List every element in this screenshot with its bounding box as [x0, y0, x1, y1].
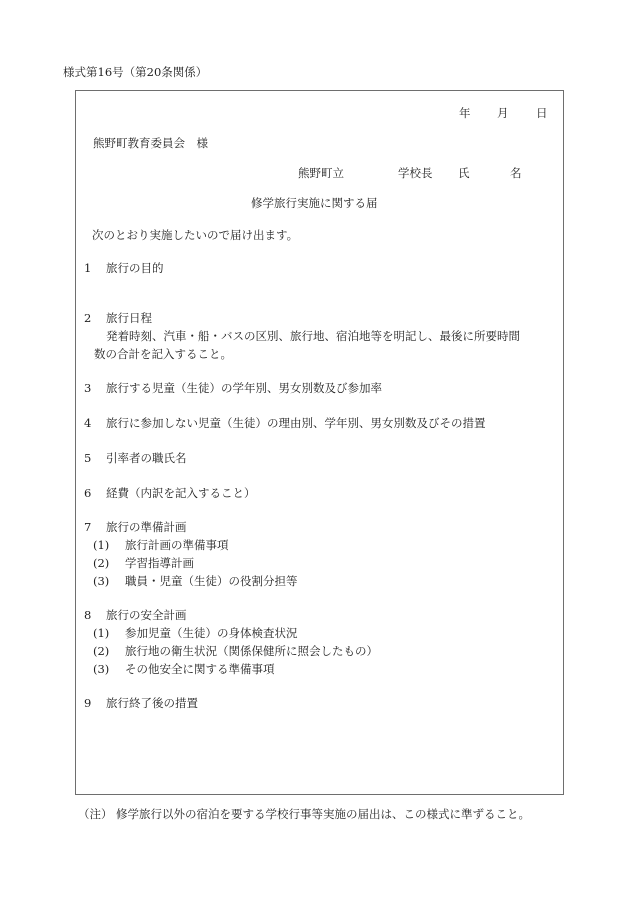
item-label: 引率者の職氏名	[106, 453, 187, 465]
item-label: 旅行終了後の措置	[106, 698, 198, 710]
item-number: 7	[84, 522, 91, 534]
sub-item-label: 職員・児童（生徒）の役割分担等	[125, 576, 298, 588]
date-month-label: 月	[497, 108, 509, 120]
item-label: 旅行に参加しない児童（生徒）の理由別、学年別、男女別数及びその措置	[106, 418, 486, 430]
addressee: 熊野町教育委員会 様	[93, 138, 208, 150]
document-title: 修学旅行実施に関する届	[251, 198, 378, 210]
item-number: 9	[84, 698, 91, 710]
item-label: 経費（内訳を記入すること）	[106, 488, 256, 500]
item-label: 旅行の準備計画	[106, 522, 187, 534]
item-number: 1	[84, 263, 91, 275]
sub-item-label: 参加児童（生徒）の身体検査状況	[125, 628, 298, 640]
item-label: 旅行日程	[106, 313, 152, 325]
date-day-label: 日	[536, 108, 548, 120]
school-prefix: 熊野町立	[298, 168, 344, 180]
item-number: 8	[84, 610, 91, 622]
sub-item-number: (2)	[93, 646, 109, 658]
footnote-label: （注）	[78, 809, 113, 821]
sub-item-number: (2)	[93, 558, 109, 570]
item-number: 2	[84, 313, 91, 325]
form-number: 様式第16号（第20条関係）	[63, 67, 207, 79]
name-label-2: 名	[510, 168, 522, 180]
name-label-1: 氏	[458, 168, 470, 180]
item-note-line-1: 発着時刻、汽車・船・バスの区別、旅行地、宿泊地等を明記し、最後に所要時間	[106, 331, 520, 343]
item-number: 3	[84, 383, 91, 395]
sub-item-number: (1)	[93, 628, 109, 640]
sub-item-label: 学習指導計画	[125, 558, 194, 570]
item-number: 6	[84, 488, 91, 500]
sub-item-label: 旅行計画の準備事項	[125, 540, 229, 552]
sub-item-number: (3)	[93, 576, 109, 588]
item-number: 5	[84, 453, 91, 465]
sub-item-number: (3)	[93, 664, 109, 676]
intro-text: 次のとおり実施したいので届け出ます。	[92, 230, 298, 242]
item-label: 旅行する児童（生徒）の学年別、男女別数及び参加率	[106, 383, 382, 395]
footnote-text: 修学旅行以外の宿泊を要する学校行事等実施の届出は、この様式に準ずること。	[116, 809, 530, 821]
item-label: 旅行の安全計画	[106, 610, 187, 622]
item-note-line-2: 数の合計を記入すること。	[94, 349, 232, 361]
sub-item-label: その他安全に関する準備事項	[125, 664, 275, 676]
sub-item-number: (1)	[93, 540, 109, 552]
item-number: 4	[84, 418, 91, 430]
sub-item-label: 旅行地の衛生状況（関係保健所に照会したもの）	[125, 646, 378, 658]
item-label: 旅行の目的	[106, 263, 164, 275]
date-year-label: 年	[459, 108, 471, 120]
principal-label: 学校長	[398, 168, 433, 180]
